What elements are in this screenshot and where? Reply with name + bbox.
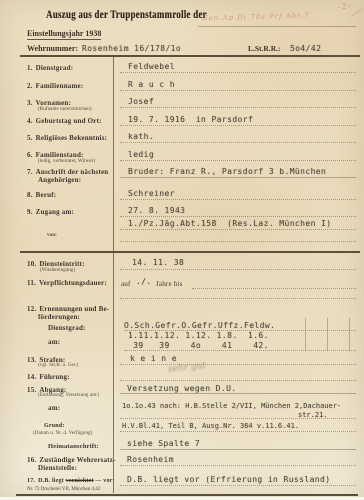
field-label-beruf: 8.Beruf: xyxy=(27,191,56,199)
field-no: 1. xyxy=(27,64,33,72)
field-label2-angehoerige: Angehörigen: xyxy=(38,176,81,184)
wehrnummer-label: Wehrnummer: xyxy=(27,44,78,53)
field-value-bekenntnis: kath. xyxy=(128,132,154,141)
ruled-line xyxy=(120,393,356,394)
column-divider xyxy=(113,57,114,493)
field-label-familienstand: 6.Familienstand: xyxy=(27,151,84,159)
field-label-end: — vor: xyxy=(95,478,114,484)
ruled-line xyxy=(120,465,356,466)
field-value-familienname: R a u c h xyxy=(128,80,175,89)
field-no: 9. xyxy=(27,208,33,216)
page-number-pencil: -2- xyxy=(337,1,352,12)
field-label-verpflichtung: 11.Verpflichtungsdauer: xyxy=(27,279,107,287)
field-label-text: Religiöses Bekenntnis: xyxy=(36,134,108,142)
value-befoerderungen-grades: O.Sch.Gefr.O.Gefr.Uffz.Feldw. xyxy=(124,321,275,330)
header-rule xyxy=(20,55,360,57)
preprinted-jahre-bis: Jahre bis xyxy=(156,280,183,288)
field-value-zugang-unit: 1./Pz.Jäg.Abt.158 (Res.Laz. München I) xyxy=(128,219,331,228)
value-abgang-am: 1o.1o.43 nach: H.B.Stelle 2/VII, München… xyxy=(122,402,341,410)
ruled-line xyxy=(120,229,356,230)
ruled-line xyxy=(120,72,356,73)
field-label-text: D.B. liegt xyxy=(38,478,64,484)
field-label-wehrersatz: 16.Zuständige Wehrersatz- xyxy=(27,456,116,464)
field-label-befoerderungen: 12.Ernennungen und Be- xyxy=(27,305,109,313)
ruled-line xyxy=(120,241,356,242)
ruled-line xyxy=(120,177,356,178)
value-heimatanschrift: siehe Spalte 7 xyxy=(127,439,200,448)
field-sublabel-strafen: (vgl. Str.B. u. Ger.) xyxy=(38,363,78,368)
value-befoerderungen-dates: 1.11.1.12. 1.12. 1.8. 1.6. xyxy=(128,331,269,340)
einstellungsjahr-label: Einstellungsjahr 1938 xyxy=(27,29,101,40)
field-value-beruf: Schreiner xyxy=(128,189,175,198)
ruled-line xyxy=(124,350,356,351)
field-label-text: Familienstand: xyxy=(36,151,84,159)
field-sublabel-vornamen: (Rufname unterstreichen) xyxy=(38,107,92,112)
ruled-line xyxy=(192,288,356,289)
ruled-line xyxy=(120,431,356,432)
field-label-text: Geburtstag und Ort: xyxy=(36,117,102,125)
ruled-line xyxy=(120,142,356,143)
field-label-text: Führung: xyxy=(39,373,69,381)
field-label-text: Diensteintritt: xyxy=(39,260,84,268)
field-label-text: Ernennungen und Be- xyxy=(39,305,109,313)
lstrr-value: 5o4/42 xyxy=(290,44,321,53)
sublabel-abgang-am: am: xyxy=(48,404,60,412)
field-label2-befoerderungen: förderungen: xyxy=(38,313,80,321)
sublabel-am: am: xyxy=(48,338,60,346)
field-no: 5. xyxy=(27,134,33,142)
field-label-diensteintritt: 10.Diensteintritt: xyxy=(27,260,85,268)
field-no: 8. xyxy=(27,191,33,199)
field-label-text: Dienstgrad: xyxy=(36,64,74,72)
field-label-text: Zugang am: xyxy=(36,208,74,216)
ruled-line xyxy=(120,199,356,200)
field-no: 14. xyxy=(27,373,36,381)
ruled-line xyxy=(120,380,356,381)
field-value-strafen: k e i n e xyxy=(130,354,177,363)
field-value-verpflichtung: ./. xyxy=(136,277,152,286)
sublabel-heimatanschrift: Heimatanschrift: xyxy=(48,443,99,450)
field-value-geburtstag: 19. 7. 1916 in Parsdorf xyxy=(128,115,253,124)
bottom-rule xyxy=(16,494,358,496)
field-no: 2. xyxy=(27,82,33,90)
lstrr-label: L.St.R.R.: xyxy=(248,44,281,53)
field-label-text: Familienname: xyxy=(36,82,84,90)
value-grund: H.V.Bl.41, Teil B, Ausg.Nr. 364 v.11.6.4… xyxy=(122,422,299,430)
field-value-wehrersatz: Rosenheim xyxy=(127,455,174,464)
field-sublabel-abgang: (Entlassung, Versetzung am:) xyxy=(38,393,99,398)
field-value-familienstand: ledig xyxy=(128,150,154,159)
ruled-line xyxy=(120,125,356,126)
ruled-line xyxy=(120,90,356,91)
field-label-struck: vernichtet xyxy=(66,478,94,484)
field-no: 17. xyxy=(27,478,35,484)
table-tick xyxy=(349,318,350,351)
field-label-text: Verpflichtungsdauer: xyxy=(39,279,107,287)
field-label-db: 17.D.B. liegt vernichtet — vor: xyxy=(27,478,115,484)
corner-pencil-mark xyxy=(351,8,363,17)
field-label-text: Zuständige Wehrersatz- xyxy=(39,456,115,464)
field-no: 3. xyxy=(27,99,33,107)
value-befoerderungen-years: 39 39 4o 41 42. xyxy=(128,341,269,350)
table-tick xyxy=(327,318,328,351)
field-label-von: von: xyxy=(47,233,57,238)
wehrnummer-value: Rosenheim 16/178/1o xyxy=(82,44,181,53)
sublabel-dienstgrad: Dienstgrad: xyxy=(48,324,86,332)
ruled-line xyxy=(120,364,356,365)
field-no: 13. xyxy=(27,356,36,364)
ruled-line xyxy=(120,418,356,419)
field-no: 10. xyxy=(27,260,36,268)
field-value-vornamen: Josef xyxy=(128,97,154,106)
field-label-familienname: 2.Familienname: xyxy=(27,82,83,90)
field-label-text: Anschrift der nächsten xyxy=(36,168,109,176)
document-title: Auszug aus der Truppenstammrolle der xyxy=(46,9,207,21)
field-no: 16. xyxy=(27,456,36,464)
document-sheet: Auszug aus der Truppenstammrolle der Gen… xyxy=(0,0,364,500)
field-label-vornamen: 3.Vornamen: xyxy=(27,99,71,107)
field-label-angehoerige: 7.Anschrift der nächsten xyxy=(27,168,108,176)
field-value-diensteintritt: 14. 11. 38 xyxy=(132,258,184,267)
field-no: 6. xyxy=(27,151,33,159)
ruled-line xyxy=(198,26,356,27)
field-value-angehoerige: Bruder: Franz R., Parsdorf 3 b.München xyxy=(128,167,326,176)
field-value-db: D.B. liegt vor (Erfrierung in Russland) xyxy=(127,475,330,484)
field-label-zugang: 9.Zugang am: xyxy=(27,208,74,216)
ruled-line xyxy=(120,107,356,108)
field-sublabel-familienstand: (ledig, verheiratet, Witwer) xyxy=(38,159,95,164)
preprinted-auf: auf xyxy=(121,280,131,288)
field-no: 15. xyxy=(27,386,36,394)
field-label-dienstgrad: 1.Dienstgrad: xyxy=(27,64,73,72)
field-label-geburtstag: 4.Geburtstag und Ort: xyxy=(27,117,102,125)
unit-note-pencil: Gen.Ap.Di.78s Prf.Abt.7 xyxy=(202,12,310,23)
field-label-bekenntnis: 5.Religiöses Bekenntnis: xyxy=(27,134,107,142)
ruled-line xyxy=(120,216,356,217)
printer-imprint: Nr. 72 Druckerei VII, München 4.42 xyxy=(27,487,100,492)
ruled-line xyxy=(120,485,356,486)
field-sublabel-diensteintritt: (Wiedereingang) xyxy=(40,268,75,273)
sublabel-grund-note: (Datum u. Nr. d. Verfügung) xyxy=(33,431,92,436)
field-label-text: Vornamen: xyxy=(36,99,71,107)
field-no: 11. xyxy=(27,279,36,287)
field-label-fuehrung: 14.Führung: xyxy=(27,373,70,381)
sublabel-grund: Grund: xyxy=(44,423,65,429)
field-no: 7. xyxy=(27,168,33,176)
field-label2-wehrersatz: Dienststelle: xyxy=(38,464,77,472)
field-label-text: Beruf: xyxy=(36,191,57,199)
field-value-zugang-date: 27. 8. 1943 xyxy=(128,206,185,215)
field-no: 4. xyxy=(27,117,33,125)
ruled-line xyxy=(120,449,356,450)
field-value-dienstgrad: Feldwebel xyxy=(128,62,175,71)
section-divider xyxy=(20,251,360,253)
field-no: 12. xyxy=(27,305,36,313)
ruled-line xyxy=(120,298,356,299)
ruled-line xyxy=(120,269,356,270)
table-tick xyxy=(305,318,306,351)
ruled-line xyxy=(120,160,356,161)
field-value-abgang: Versetzung wegen D.U. xyxy=(127,384,237,393)
